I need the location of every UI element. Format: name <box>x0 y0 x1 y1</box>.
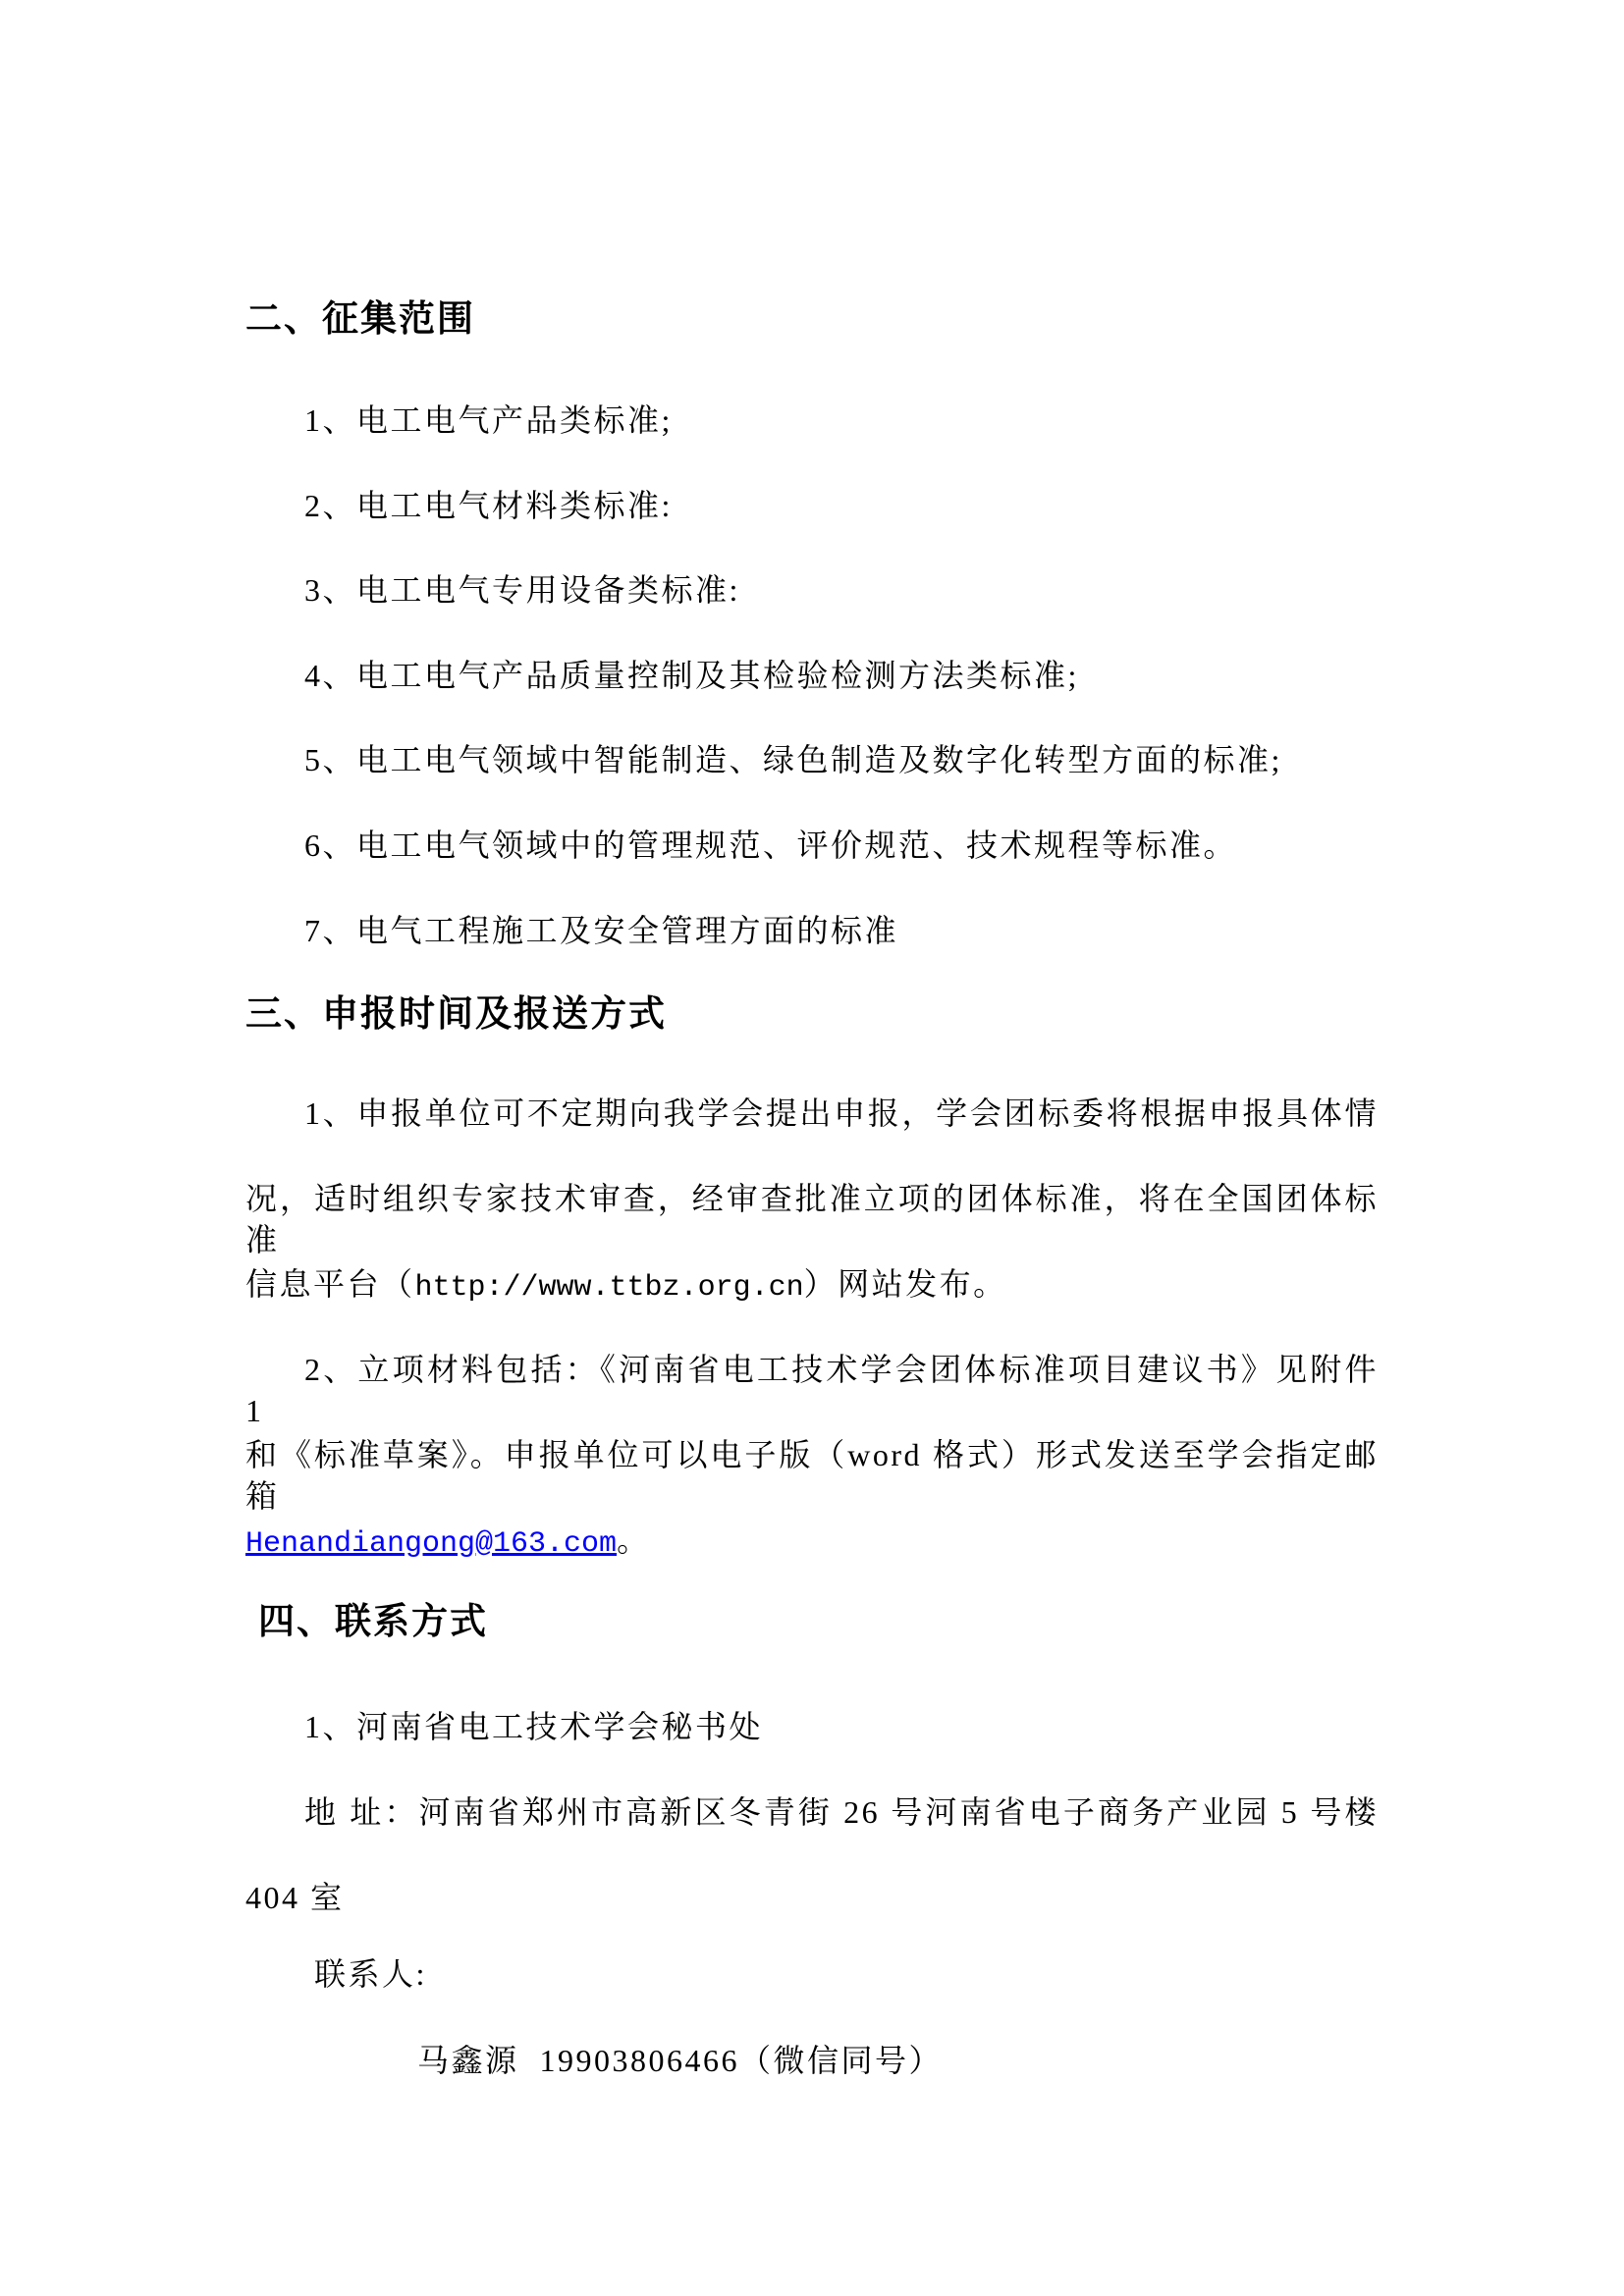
paragraph-line: 信息平台（http://www.ttbz.org.cn）网站发布。 <box>245 1263 1379 1308</box>
paragraph-line: Henandiangong@163.com。 <box>245 1520 1379 1565</box>
paragraph-text: ）网站发布。 <box>804 1266 1007 1302</box>
sentence-period: 。 <box>617 1522 651 1558</box>
contact-line-person-phone: 马鑫源 19903806466（微信同号） <box>245 2040 1379 2081</box>
list-item: 2、电工电气材料类标准: <box>245 485 1379 526</box>
paragraph-line: 和《标准草案》。申报单位可以电子版（word 格式）形式发送至学会指定邮箱 <box>245 1434 1379 1517</box>
document-page: 二、征集范围 1、电工电气产品类标准; 2、电工电气材料类标准: 3、电工电气专… <box>0 0 1624 2296</box>
list-item: 4、电工电气产品质量控制及其检验检测方法类标准; <box>245 655 1379 696</box>
list-item: 1、电工电气产品类标准; <box>245 400 1379 441</box>
section-heading-apply: 三、申报时间及报送方式 <box>245 992 1379 1036</box>
paragraph-line: 1、申报单位可不定期向我学会提出申报，学会团标委将根据申报具体情 <box>245 1093 1379 1134</box>
paragraph-line: 况，适时组织专家技术审查，经审查批准立项的团体标准，将在全国团体标准 <box>245 1178 1379 1260</box>
contact-line-address: 地 址：河南省郑州市高新区冬青街 26 号河南省电子商务产业园 5 号楼 <box>245 1791 1379 1833</box>
platform-url: http://www.ttbz.org.cn <box>415 1271 804 1305</box>
list-item: 3、电工电气专用设备类标准: <box>245 569 1379 611</box>
contact-line-room: 404 室 <box>245 1877 1379 1918</box>
section-heading-scope: 二、征集范围 <box>245 297 1379 341</box>
list-item: 6、电工电气领域中的管理规范、评价规范、技术规程等标准。 <box>245 825 1379 866</box>
section-heading-contact: 四、联系方式 <box>258 1600 1391 1643</box>
contact-line-label: 联系人: <box>245 1953 1379 1995</box>
paragraph-text: 信息平台（ <box>245 1266 415 1302</box>
email-link[interactable]: Henandiangong@163.com <box>245 1527 617 1561</box>
list-item: 7、电气工程施工及安全管理方面的标准 <box>245 910 1379 951</box>
list-item: 5、电工电气领域中智能制造、绿色制造及数字化转型方面的标准; <box>245 739 1379 780</box>
contact-line-secretariat: 1、河南省电工技术学会秘书处 <box>245 1706 1379 1747</box>
paragraph-line: 2、立项材料包括：《河南省电工技术学会团体标准项目建议书》见附件 1 <box>245 1349 1379 1431</box>
